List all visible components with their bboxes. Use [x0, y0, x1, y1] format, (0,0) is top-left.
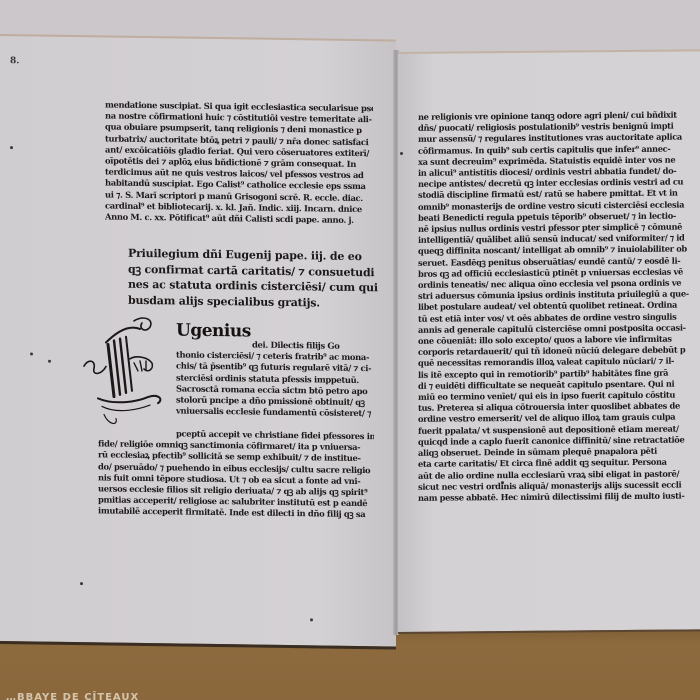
ink-spot	[30, 352, 33, 355]
rubric-heading: Priuilegium dñi Eugenij pape. iij. de eo…	[128, 246, 368, 311]
incipit-tail: dei. Dilectis filijs Go	[252, 340, 339, 351]
text-block-beside-initial: dei. Dilectis filijs Go thonio cisterciē…	[176, 338, 374, 419]
ink-spot	[10, 146, 13, 149]
text-line: Anno M. c. xx. Pōtificat⁹ aūt dñi Calist…	[105, 211, 373, 226]
surface-caption: …BBAYE DE CÎTEAUX	[6, 692, 139, 700]
text-block-right: ne religionis vre opinione tanqꝫ odore a…	[418, 109, 690, 503]
text-line: nam pesse abbatē. Hec nimirū dilectissim…	[418, 490, 690, 504]
text-line: vniuersalis ecclesie fundamentū cōsister…	[176, 406, 374, 420]
left-page: 8. mendatione suscipiat. Si qua igit ecc…	[0, 34, 396, 650]
text-block-top: mendatione suscipiat. Si qua igit eccles…	[105, 99, 373, 226]
folio-number: 8.	[10, 56, 19, 66]
right-page: ne religionis vre opinione tanqꝫ odore a…	[398, 49, 700, 634]
decorated-initial-e-icon	[78, 310, 168, 431]
ink-spot	[48, 360, 51, 363]
ink-spot	[80, 582, 83, 585]
text-block-body: pceptū accepit ve christiane fidei pfess…	[98, 427, 374, 520]
ink-spot	[310, 618, 313, 621]
ink-spot	[400, 152, 403, 155]
